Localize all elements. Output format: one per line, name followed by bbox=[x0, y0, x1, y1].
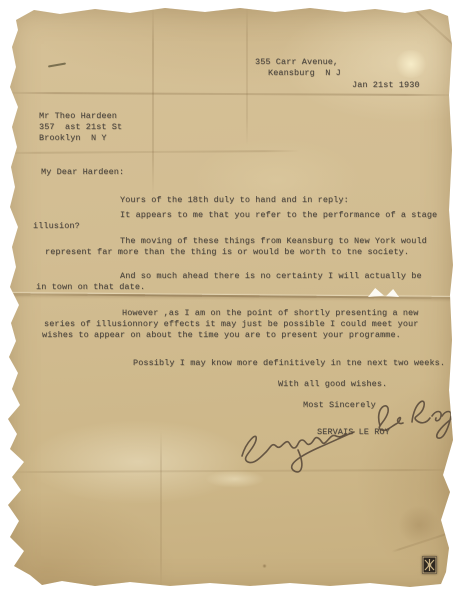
body-line: series of illusionnory effects it may ju… bbox=[44, 319, 418, 329]
collector-stamp-icon bbox=[422, 556, 437, 574]
crease-vertical-1 bbox=[152, 6, 154, 196]
crease-vertical-2 bbox=[246, 6, 248, 146]
body-line: It appears to me that you refer to the p… bbox=[120, 210, 437, 220]
paper-tear bbox=[368, 288, 384, 297]
closing-line: With all good wishes. bbox=[278, 379, 387, 389]
body-line: represent far more than the thing is or … bbox=[45, 247, 409, 257]
corner-fold-crease bbox=[412, 8, 459, 51]
pencil-mark bbox=[48, 62, 66, 67]
recipient-city: Brooklyn N Y bbox=[39, 133, 107, 143]
sender-address-line: Keansburg N J bbox=[268, 68, 341, 78]
paper-spot bbox=[262, 564, 267, 568]
crease-vertical-3 bbox=[160, 430, 162, 590]
paper-tear bbox=[386, 289, 399, 297]
body-line: And so much ahead there is no certainty … bbox=[120, 271, 422, 281]
fold-crease-top bbox=[0, 92, 461, 96]
body-line: in town on that date. bbox=[36, 282, 145, 292]
letter-paper: 355 Carr Avenue, Keansburg N J Jan 21st … bbox=[0, 0, 461, 600]
paper-stain bbox=[394, 50, 428, 78]
sender-address-line: 355 Carr Avenue, bbox=[255, 57, 338, 67]
recipient-name: Mr Theo Hardeen bbox=[39, 111, 117, 121]
fold-crease-upper bbox=[0, 150, 300, 154]
body-line: However ,as I am on the point of shortly… bbox=[122, 308, 418, 318]
letter-date: Jan 21st 1930 bbox=[352, 80, 420, 90]
recipient-street: 357 ast 21st St bbox=[39, 122, 122, 132]
letter-scan: 355 Carr Avenue, Keansburg N J Jan 21st … bbox=[0, 0, 461, 600]
body-line: Yours of the 18th duly to hand and in re… bbox=[120, 195, 349, 205]
body-line: wishes to appear on about the time you a… bbox=[42, 330, 401, 340]
paper-shading bbox=[398, 505, 440, 545]
body-line: The moving of these things from Keansbur… bbox=[120, 236, 427, 246]
body-line: Possibly I may know more definitively in… bbox=[133, 358, 445, 368]
salutation: My Dear Hardeen: bbox=[41, 167, 124, 177]
body-line: illusion? bbox=[33, 221, 80, 231]
handwritten-signature bbox=[232, 392, 457, 477]
